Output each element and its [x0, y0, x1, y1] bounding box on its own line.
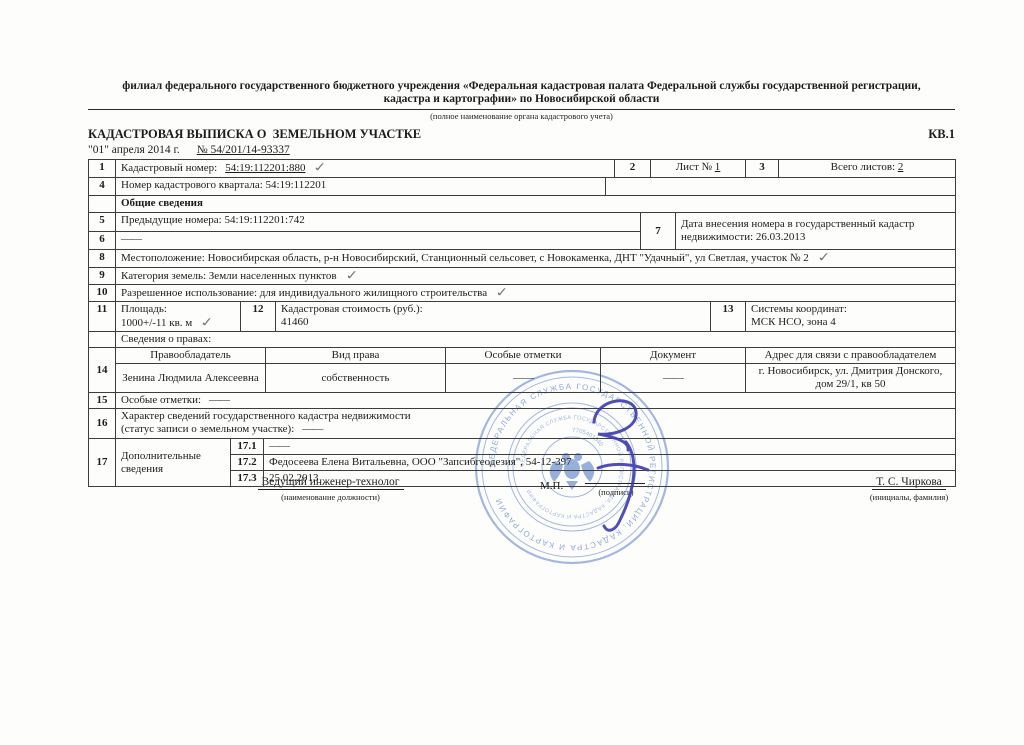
pen-checkmark-icon: ✓: [344, 268, 359, 282]
table-section-general: Общие сведения: [88, 195, 956, 213]
coordinate-system-label: Системы координат:: [751, 303, 950, 316]
row-number: 5: [89, 213, 116, 232]
permitted-use-text: Разрешенное использование: для индивидуа…: [121, 287, 487, 299]
empty-value-dash: ——: [209, 394, 229, 406]
rights-header-document: Документ: [601, 348, 746, 364]
table-rights: 14 Правообладатель Вид права Особые отме…: [88, 347, 956, 393]
section-title-general: Общие сведения: [116, 196, 956, 213]
table-rows-5-7: 5 Предыдущие номера: 54:19:112201:742 7 …: [88, 212, 956, 250]
row-number: 10: [89, 285, 116, 302]
row-number: 16: [89, 409, 116, 439]
area-value: 1000+/-11 кв. м: [121, 317, 192, 329]
previous-numbers-cell: Предыдущие номера: 54:19:112201:742: [116, 213, 641, 232]
coordinate-system-value: МСК НСО, зона 4: [751, 316, 950, 329]
total-sheets-label: Всего листов:: [831, 161, 898, 173]
row-number: 12: [241, 302, 276, 332]
signer-name-caption: (инициалы, фамилия): [823, 492, 995, 502]
cadastral-value-amount: 41460: [281, 316, 705, 329]
record-status-label: (статус записи о земельном участке):: [121, 423, 294, 435]
table-rows-8-10: 8 Местоположение: Новосибирская область,…: [88, 249, 956, 302]
cadastral-number-label: Кадастровый номер:: [121, 162, 217, 174]
org-name: филиал федерального государственного бюд…: [88, 80, 955, 106]
table-row-4: 4 Номер кадастрового квартала: 54:19:112…: [88, 177, 956, 196]
pen-checkmark-icon: ✓: [495, 285, 510, 299]
row-number: 3: [746, 160, 779, 178]
row-number: 7: [641, 213, 676, 250]
total-sheets-cell: Всего листов: 2: [779, 160, 956, 178]
org-caption: (полное наименование органа кадастрового…: [88, 111, 955, 121]
sheet-number-cell: Лист № 1: [651, 160, 746, 178]
handwritten-signature: [536, 388, 686, 548]
row-number: 2: [615, 160, 651, 178]
cadastral-value-cell: Кадастровая стоимость (руб.):41460: [276, 302, 711, 332]
cadastral-number-value: 54:19:112201:880: [225, 162, 305, 174]
land-category-cell: Категория земель: Земли населенных пункт…: [116, 268, 956, 285]
table-rows-11-13: 11 Площадь:1000+/-11 кв. м✓ 12 Кадастров…: [88, 301, 956, 332]
row-number: 17: [89, 439, 116, 487]
registration-date-cell: Дата внесения номера в государственный к…: [676, 213, 956, 250]
row-number: 9: [89, 268, 116, 285]
row-number: 17.1: [231, 439, 264, 455]
row-number: 15: [89, 393, 116, 409]
rights-header-owner: Правообладатель: [116, 348, 266, 364]
special-notes-label: Особые отметки:: [121, 394, 201, 406]
page-title: КАДАСТРОВАЯ ВЫПИСКА О ЗЕМЕЛЬНОМ УЧАСТКЕ: [88, 127, 421, 142]
cadastral-value-label: Кадастровая стоимость (руб.):: [281, 303, 705, 316]
signer-position-caption: (наименование должности): [238, 492, 423, 502]
pen-checkmark-icon: ✓: [200, 315, 215, 329]
rights-header-special-notes: Особые отметки: [446, 348, 601, 364]
row-number: 4: [89, 178, 116, 196]
sheet-label: Лист №: [676, 161, 715, 173]
rights-address: г. Новосибирск, ул. Дмитрия Донского, до…: [746, 364, 956, 393]
rights-owner: Зенина Людмила Алексеевна: [116, 364, 266, 393]
area-label: Площадь:: [121, 303, 235, 316]
header-rule: [88, 109, 955, 110]
org-name-line2: кадастра и картографии» по Новосибирской…: [88, 93, 955, 106]
cadastral-number-cell: Кадастровый номер:54:19:112201:880✓: [116, 160, 615, 178]
row-number: 17.3: [231, 471, 264, 487]
table-row-1: 1 Кадастровый номер:54:19:112201:880✓ 2 …: [88, 159, 956, 178]
empty-cell: [89, 196, 116, 213]
table-row-16: 16 Характер сведений государственного ка…: [88, 408, 956, 439]
quarter-number-cell: Номер кадастрового квартала: 54:19:11220…: [116, 178, 606, 196]
total-sheets-value: 2: [898, 161, 904, 173]
issue-date: "01" апреля 2014 г.: [88, 144, 180, 156]
empty-value-dash: ——: [302, 423, 322, 435]
table-row-15: 15 Особые отметки:——: [88, 392, 956, 409]
pen-checkmark-icon: ✓: [313, 160, 328, 174]
table-row-17: 17 Дополнительные сведения 17.1 —— 17.2 …: [88, 438, 956, 487]
location-text: Местоположение: Новосибирская область, р…: [121, 252, 809, 264]
cadastral-extract-document: филиал федерального государственного бюд…: [88, 80, 955, 487]
row-number: 11: [89, 302, 116, 332]
rights-header-address: Адрес для связи с правообладателем: [746, 348, 956, 364]
empty-value-dash: ——: [116, 232, 641, 250]
land-category-text: Категория земель: Земли населенных пункт…: [121, 270, 337, 282]
rights-right-type: собственность: [266, 364, 446, 393]
document-number: № 54/201/14-93337: [197, 144, 290, 156]
form-code: КВ.1: [928, 127, 955, 142]
row-number: 17.2: [231, 455, 264, 471]
table-rights-caption: Сведения о правах:: [88, 331, 956, 348]
org-name-line1: филиал федерального государственного бюд…: [88, 80, 955, 93]
empty-cell: [606, 178, 956, 196]
area-cell: Площадь:1000+/-11 кв. м✓: [116, 302, 241, 332]
permitted-use-cell: Разрешенное использование: для индивидуа…: [116, 285, 956, 302]
row-number: 6: [89, 232, 116, 250]
pen-checkmark-icon: ✓: [816, 250, 831, 264]
empty-cell: [89, 332, 116, 348]
area-value-line: 1000+/-11 кв. м✓: [121, 316, 235, 330]
sheet-value: 1: [715, 161, 721, 173]
rights-header-right-type: Вид права: [266, 348, 446, 364]
rights-caption: Сведения о правах:: [116, 332, 956, 348]
additional-info-label: Дополнительные сведения: [116, 439, 231, 487]
row-number: 1: [89, 160, 116, 178]
row-number: 8: [89, 250, 116, 268]
coordinate-system-cell: Системы координат:МСК НСО, зона 4: [746, 302, 956, 332]
row-number: 14: [89, 348, 116, 393]
row-number: 13: [711, 302, 746, 332]
location-cell: Местоположение: Новосибирская область, р…: [116, 250, 956, 268]
